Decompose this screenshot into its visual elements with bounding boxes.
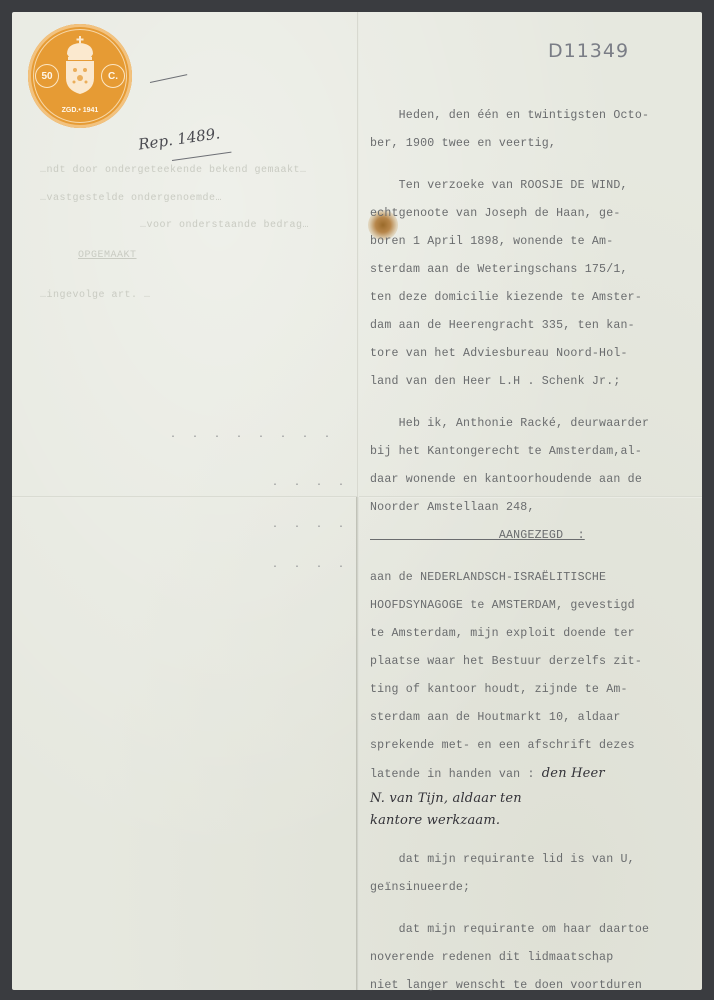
body-line: noverende redenen dit lidmaatschap bbox=[370, 944, 690, 972]
archive-number: D11349 bbox=[548, 40, 629, 62]
body-line: ber, 1900 twee en veertig, bbox=[370, 130, 690, 158]
body-line: ting of kantoor houdt, zijnde te Am- bbox=[370, 676, 690, 704]
body-line: te Amsterdam, mijn exploit doende ter bbox=[370, 620, 690, 648]
body-line: Heb ik, Anthonie Racké, deurwaarder bbox=[370, 410, 690, 438]
body-line: sterdam aan de Houtmarkt 10, aldaar bbox=[370, 704, 690, 732]
bleed-through-text: …vastgestelde ondergenoemde… bbox=[40, 193, 222, 204]
bleed-through-text: …ndt door ondergeteekende bekend gemaakt… bbox=[40, 165, 307, 176]
bleed-through-text: …voor onderstaande bedrag… bbox=[140, 220, 309, 231]
bleed-through-text: OPGEMAAKT bbox=[78, 250, 137, 261]
body-line: tore van het Adviesbureau Noord-Hol- bbox=[370, 340, 690, 368]
dotted-leader: . . . . bbox=[272, 560, 349, 571]
handwritten-insert: kantore werkzaam. bbox=[370, 810, 690, 832]
body-line: sprekende met- en een afschrift dezes bbox=[370, 732, 690, 760]
body-line-with-handwriting: latende in handen van : den Heer bbox=[370, 760, 690, 788]
body-line: HOOFDSYNAGOGE te AMSTERDAM, gevestigd bbox=[370, 592, 690, 620]
body-line: latende in handen van : bbox=[370, 768, 542, 781]
body-line: echtgenoote van Joseph de Haan, ge- bbox=[370, 200, 690, 228]
body-line: ten deze domicilie kiezende te Amster- bbox=[370, 284, 690, 312]
body-line: Noorder Amstellaan 248, bbox=[370, 494, 690, 522]
dotted-leader: . . . . bbox=[272, 520, 349, 531]
body-line: daar wonende en kantoorhoudende aan de bbox=[370, 466, 690, 494]
body-line: land van den Heer L.H . Schenk Jr.; bbox=[370, 368, 690, 396]
stamp-value: 50 bbox=[35, 64, 59, 88]
handwritten-insert: den Heer bbox=[542, 766, 605, 781]
coat-of-arms-icon bbox=[61, 36, 99, 96]
dotted-leader: . . . . bbox=[272, 478, 349, 489]
body-line: plaatse waar het Bestuur derzelfs zit- bbox=[370, 648, 690, 676]
stamp-year: ZGD.• 1941 bbox=[28, 107, 132, 114]
body-line: dat mijn requirante lid is van U, bbox=[370, 846, 690, 874]
body-line: Heden, den één en twintigsten Octo- bbox=[370, 102, 690, 130]
body-line: Ten verzoeke van ROOSJE DE WIND, bbox=[370, 172, 690, 200]
body-line: aan de NEDERLANDSCH-ISRAËLITISCHE bbox=[370, 564, 690, 592]
body-line: geïnsinueerde; bbox=[370, 874, 690, 902]
typed-body: Heden, den één en twintigsten Octo- ber,… bbox=[370, 102, 690, 1000]
body-line: niet langer wenscht te doen voortduren bbox=[370, 972, 690, 1000]
body-line: bij het Kantongerecht te Amsterdam,al- bbox=[370, 438, 690, 466]
stamp-currency: C. bbox=[101, 64, 125, 88]
body-line: dam aan de Heerengracht 335, ten kan- bbox=[370, 312, 690, 340]
dotted-leader: . . . . . . . . bbox=[170, 430, 335, 441]
body-line: dat mijn requirante om haar daartoe bbox=[370, 916, 690, 944]
body-line: sterdam aan de Weteringschans 175/1, bbox=[370, 256, 690, 284]
served-heading: AANGEZEGD : bbox=[370, 522, 690, 550]
bleed-through-text: …ingevolge art. … bbox=[40, 290, 151, 301]
handwritten-insert: N. van Tijn, aldaar ten bbox=[370, 788, 690, 810]
body-line: boren 1 April 1898, wonende te Am- bbox=[370, 228, 690, 256]
vertical-fold-crease-lower bbox=[356, 497, 359, 990]
revenue-stamp: 50 C. ZGD.• 1941 bbox=[28, 24, 132, 128]
